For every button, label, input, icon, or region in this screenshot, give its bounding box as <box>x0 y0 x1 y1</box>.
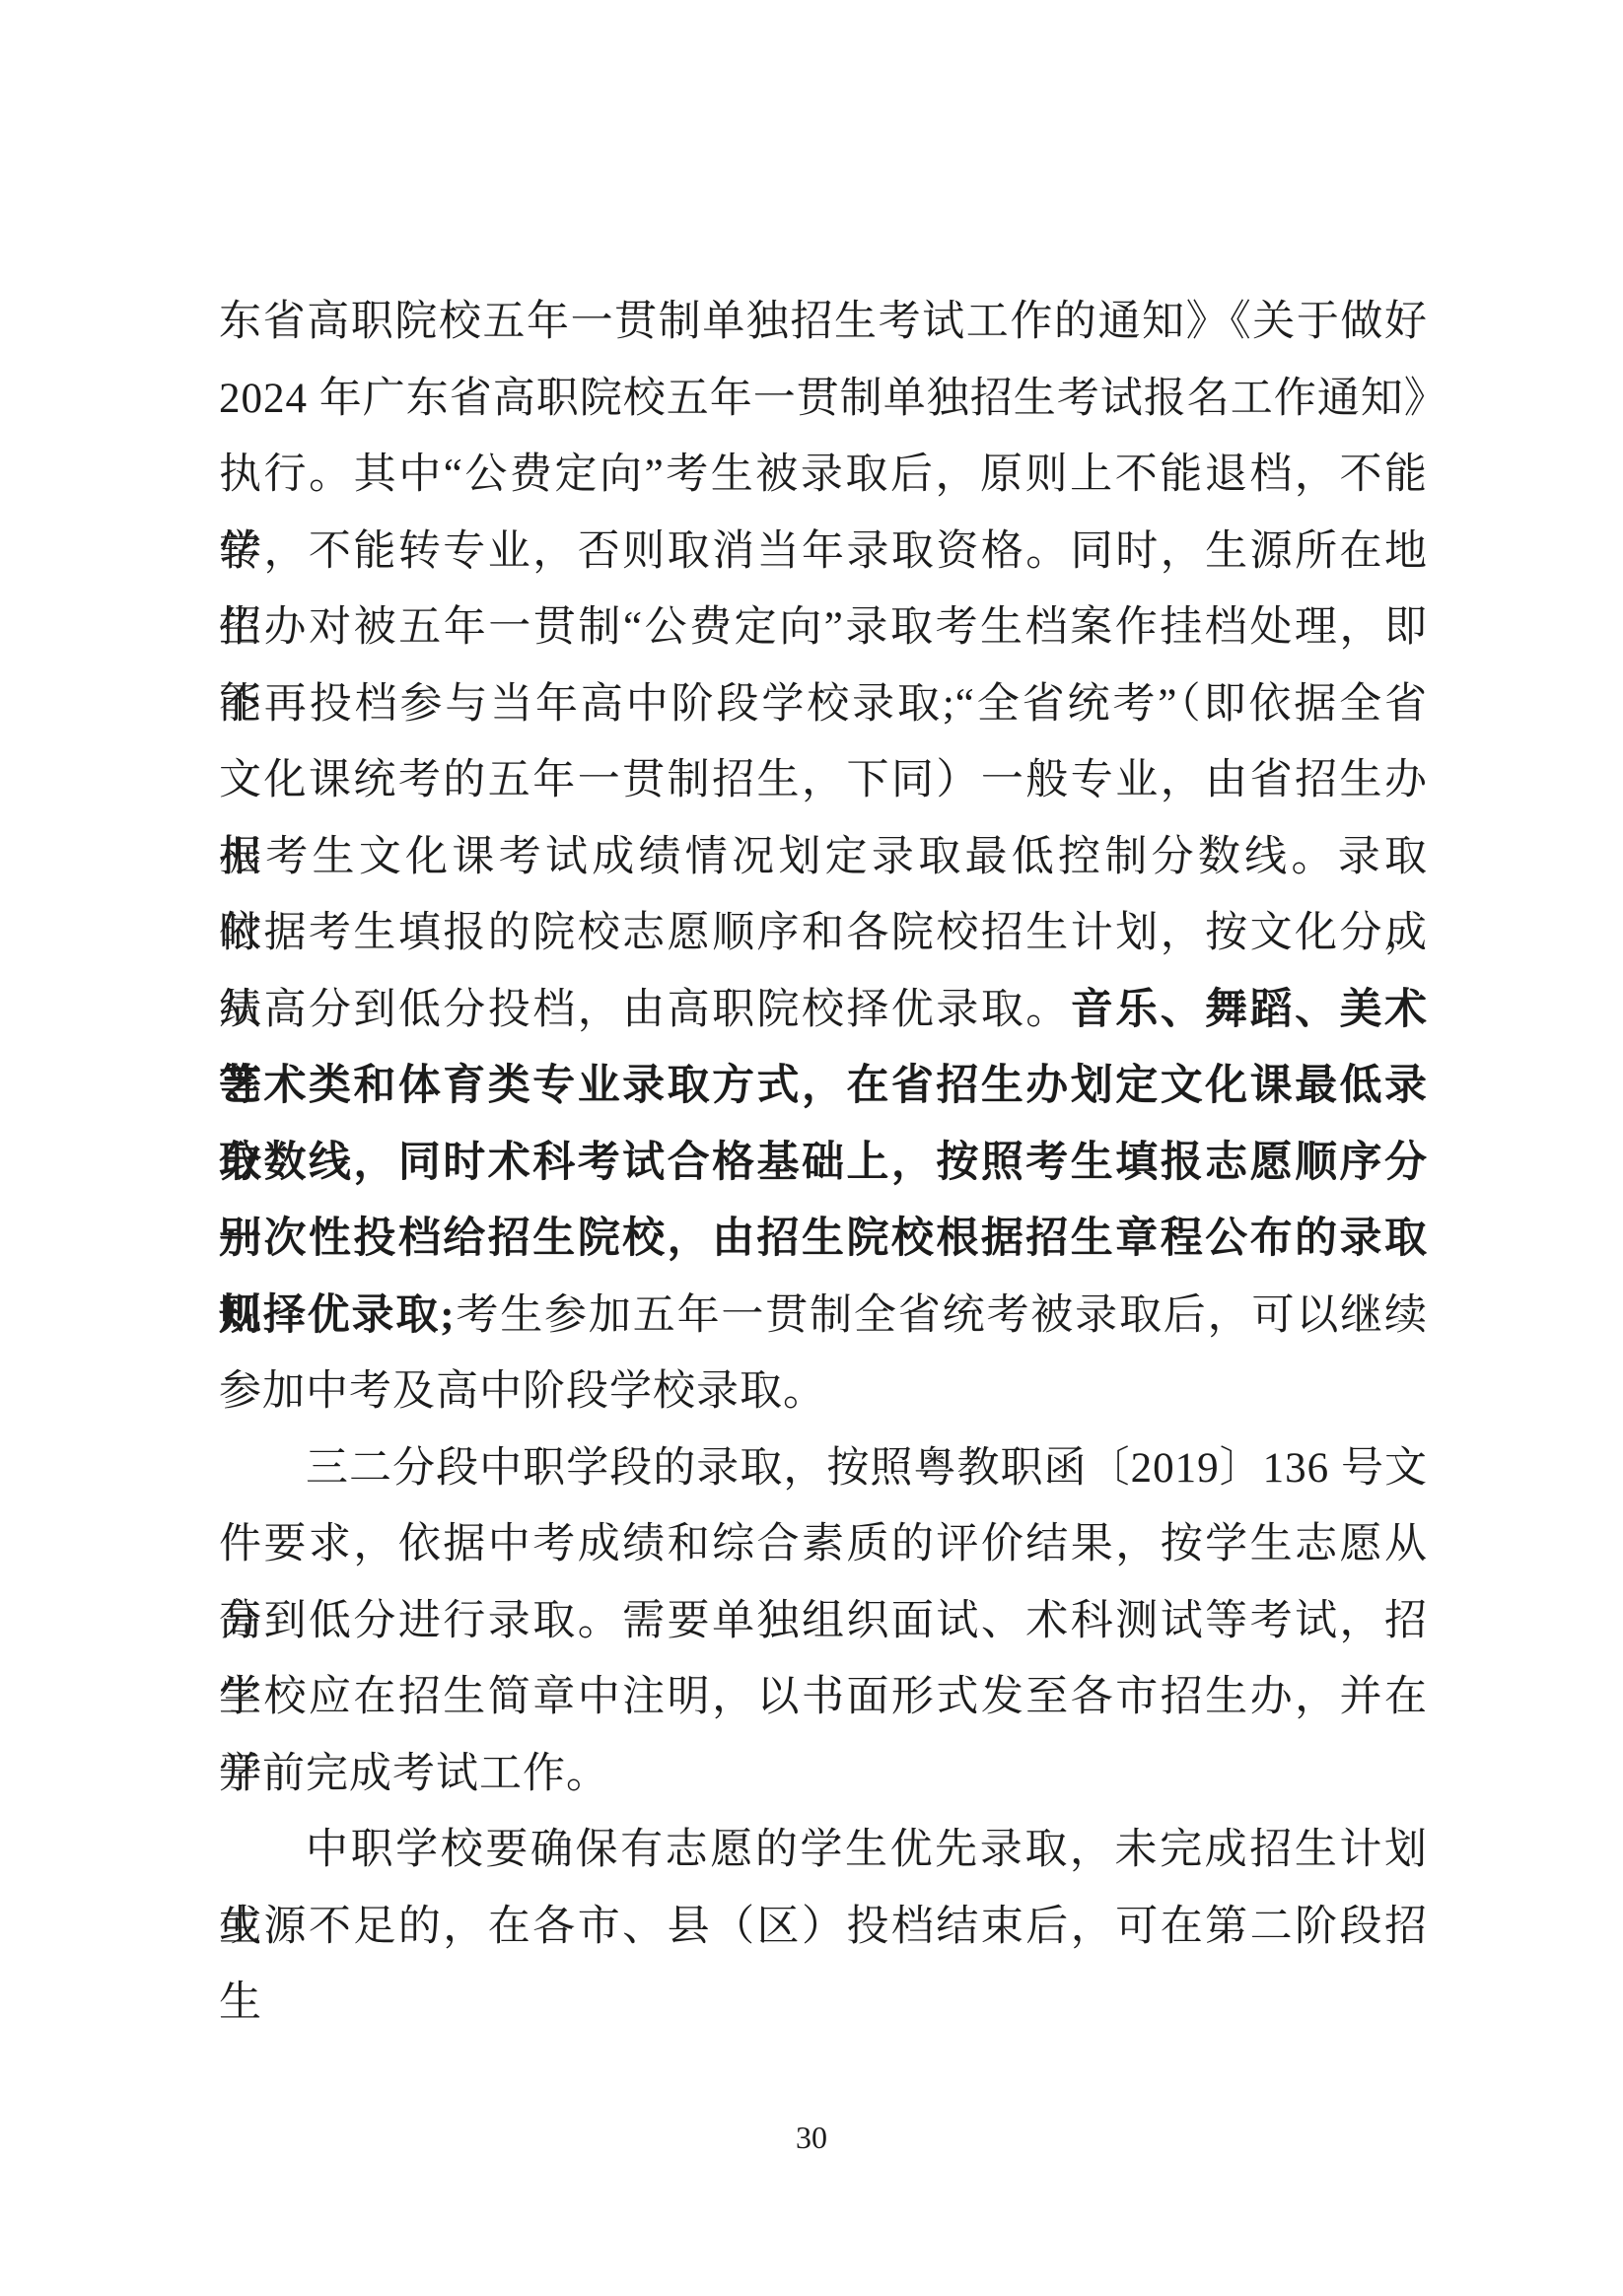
text-line: 参加中考及高中阶段学校录取。 <box>219 1354 1428 1430</box>
body-text: 2024 年广东省高职院校五年一贯制单独招生考试报名工作通知》 <box>219 376 1447 422</box>
body-text: 学前完成考试工作。 <box>219 1751 609 1797</box>
page-number: 30 <box>0 2118 1623 2157</box>
text-line: 2024 年广东省高职院校五年一贯制单独招生考试报名工作通知》 <box>219 361 1428 438</box>
text-line: 从高分到低分投档，由高职院校择优录取。音乐、舞蹈、美术等 <box>219 972 1428 1049</box>
text-line: 东省高职院校五年一贯制单独招生考试工作的通知》《关于做好 <box>219 284 1428 361</box>
text-line: 件要求，依据中考成绩和综合素质的评价结果，按学生志愿从高 <box>219 1506 1428 1583</box>
text-line: 一次性投档给招生院校，由招生院校根据招生章程公布的录取规 <box>219 1201 1428 1278</box>
text-line: 学前完成考试工作。 <box>219 1736 1428 1813</box>
text-line: 生源不足的，在各市、县（区）投档结束后，可在第二阶段招生 <box>219 1889 1428 1966</box>
document-page: 东省高职院校五年一贯制单独招生考试工作的通知》《关于做好2024 年广东省高职院… <box>0 0 1623 2296</box>
text-line: 能再投档参与当年高中阶段学校录取;“全省统考”（即依据全省 <box>219 666 1428 743</box>
text-line: 三二分段中职学段的录取，按照粤教职函〔2019〕136 号文 <box>219 1430 1428 1507</box>
text-line: 艺术类和体育类专业录取方式，在省招生办划定文化课最低录取 <box>219 1048 1428 1125</box>
body-text: 从高分到低分投档，由高职院校择优录取。 <box>219 987 1071 1033</box>
bold-text: 则择优录取; <box>219 1292 456 1339</box>
text-line: 则择优录取;考生参加五年一贯制全省统考被录取后，可以继续 <box>219 1278 1428 1355</box>
body-text: 东省高职院校五年一贯制单独招生考试工作的通知》《关于做好 <box>219 299 1428 345</box>
text-line: 学校应在招生简章中注明，以书面形式发至各市招生办，并在开 <box>219 1659 1428 1736</box>
body-text: 参加中考及高中阶段学校录取。 <box>219 1368 826 1415</box>
text-line: 据考生文化课考试成绩情况划定录取最低控制分数线。录取时， <box>219 819 1428 896</box>
text-line: 中职学校要确保有志愿的学生优先录取，未完成招生计划或 <box>219 1812 1428 1889</box>
text-line: 分到低分进行录取。需要单独组织面试、术科测试等考试，招生 <box>219 1583 1428 1660</box>
body-text: 三二分段中职学段的录取，按照粤教职函〔2019〕136 号文 <box>306 1445 1428 1492</box>
text-line: 执行。其中“公费定向”考生被录取后，原则上不能退档，不能转 <box>219 437 1428 514</box>
text-line: 生办对被五年一贯制“公费定向”录取考生档案作挂档处理，即不 <box>219 590 1428 666</box>
body-text: 考生参加五年一贯制全省统考被录取后，可以继续 <box>456 1292 1428 1339</box>
body-text: 生源不足的，在各市、县（区）投档结束后，可在第二阶段招生 <box>219 1904 1428 2027</box>
text-line: 依据考生填报的院校志愿顺序和各院校招生计划，按文化分成绩 <box>219 895 1428 972</box>
text-line: 分数线，同时术科考试合格基础上，按照考生填报志愿顺序分别 <box>219 1125 1428 1202</box>
body-text: 能再投档参与当年高中阶段学校录取;“全省统考”（即依据全省 <box>219 681 1428 728</box>
text-line: 文化课统考的五年一贯制招生，下同）一般专业，由省招生办根 <box>219 742 1428 819</box>
text-block: 东省高职院校五年一贯制单独招生考试工作的通知》《关于做好2024 年广东省高职院… <box>219 284 1428 1965</box>
text-line: 学，不能转专业，否则取消当年录取资格。同时，生源所在地招 <box>219 514 1428 591</box>
